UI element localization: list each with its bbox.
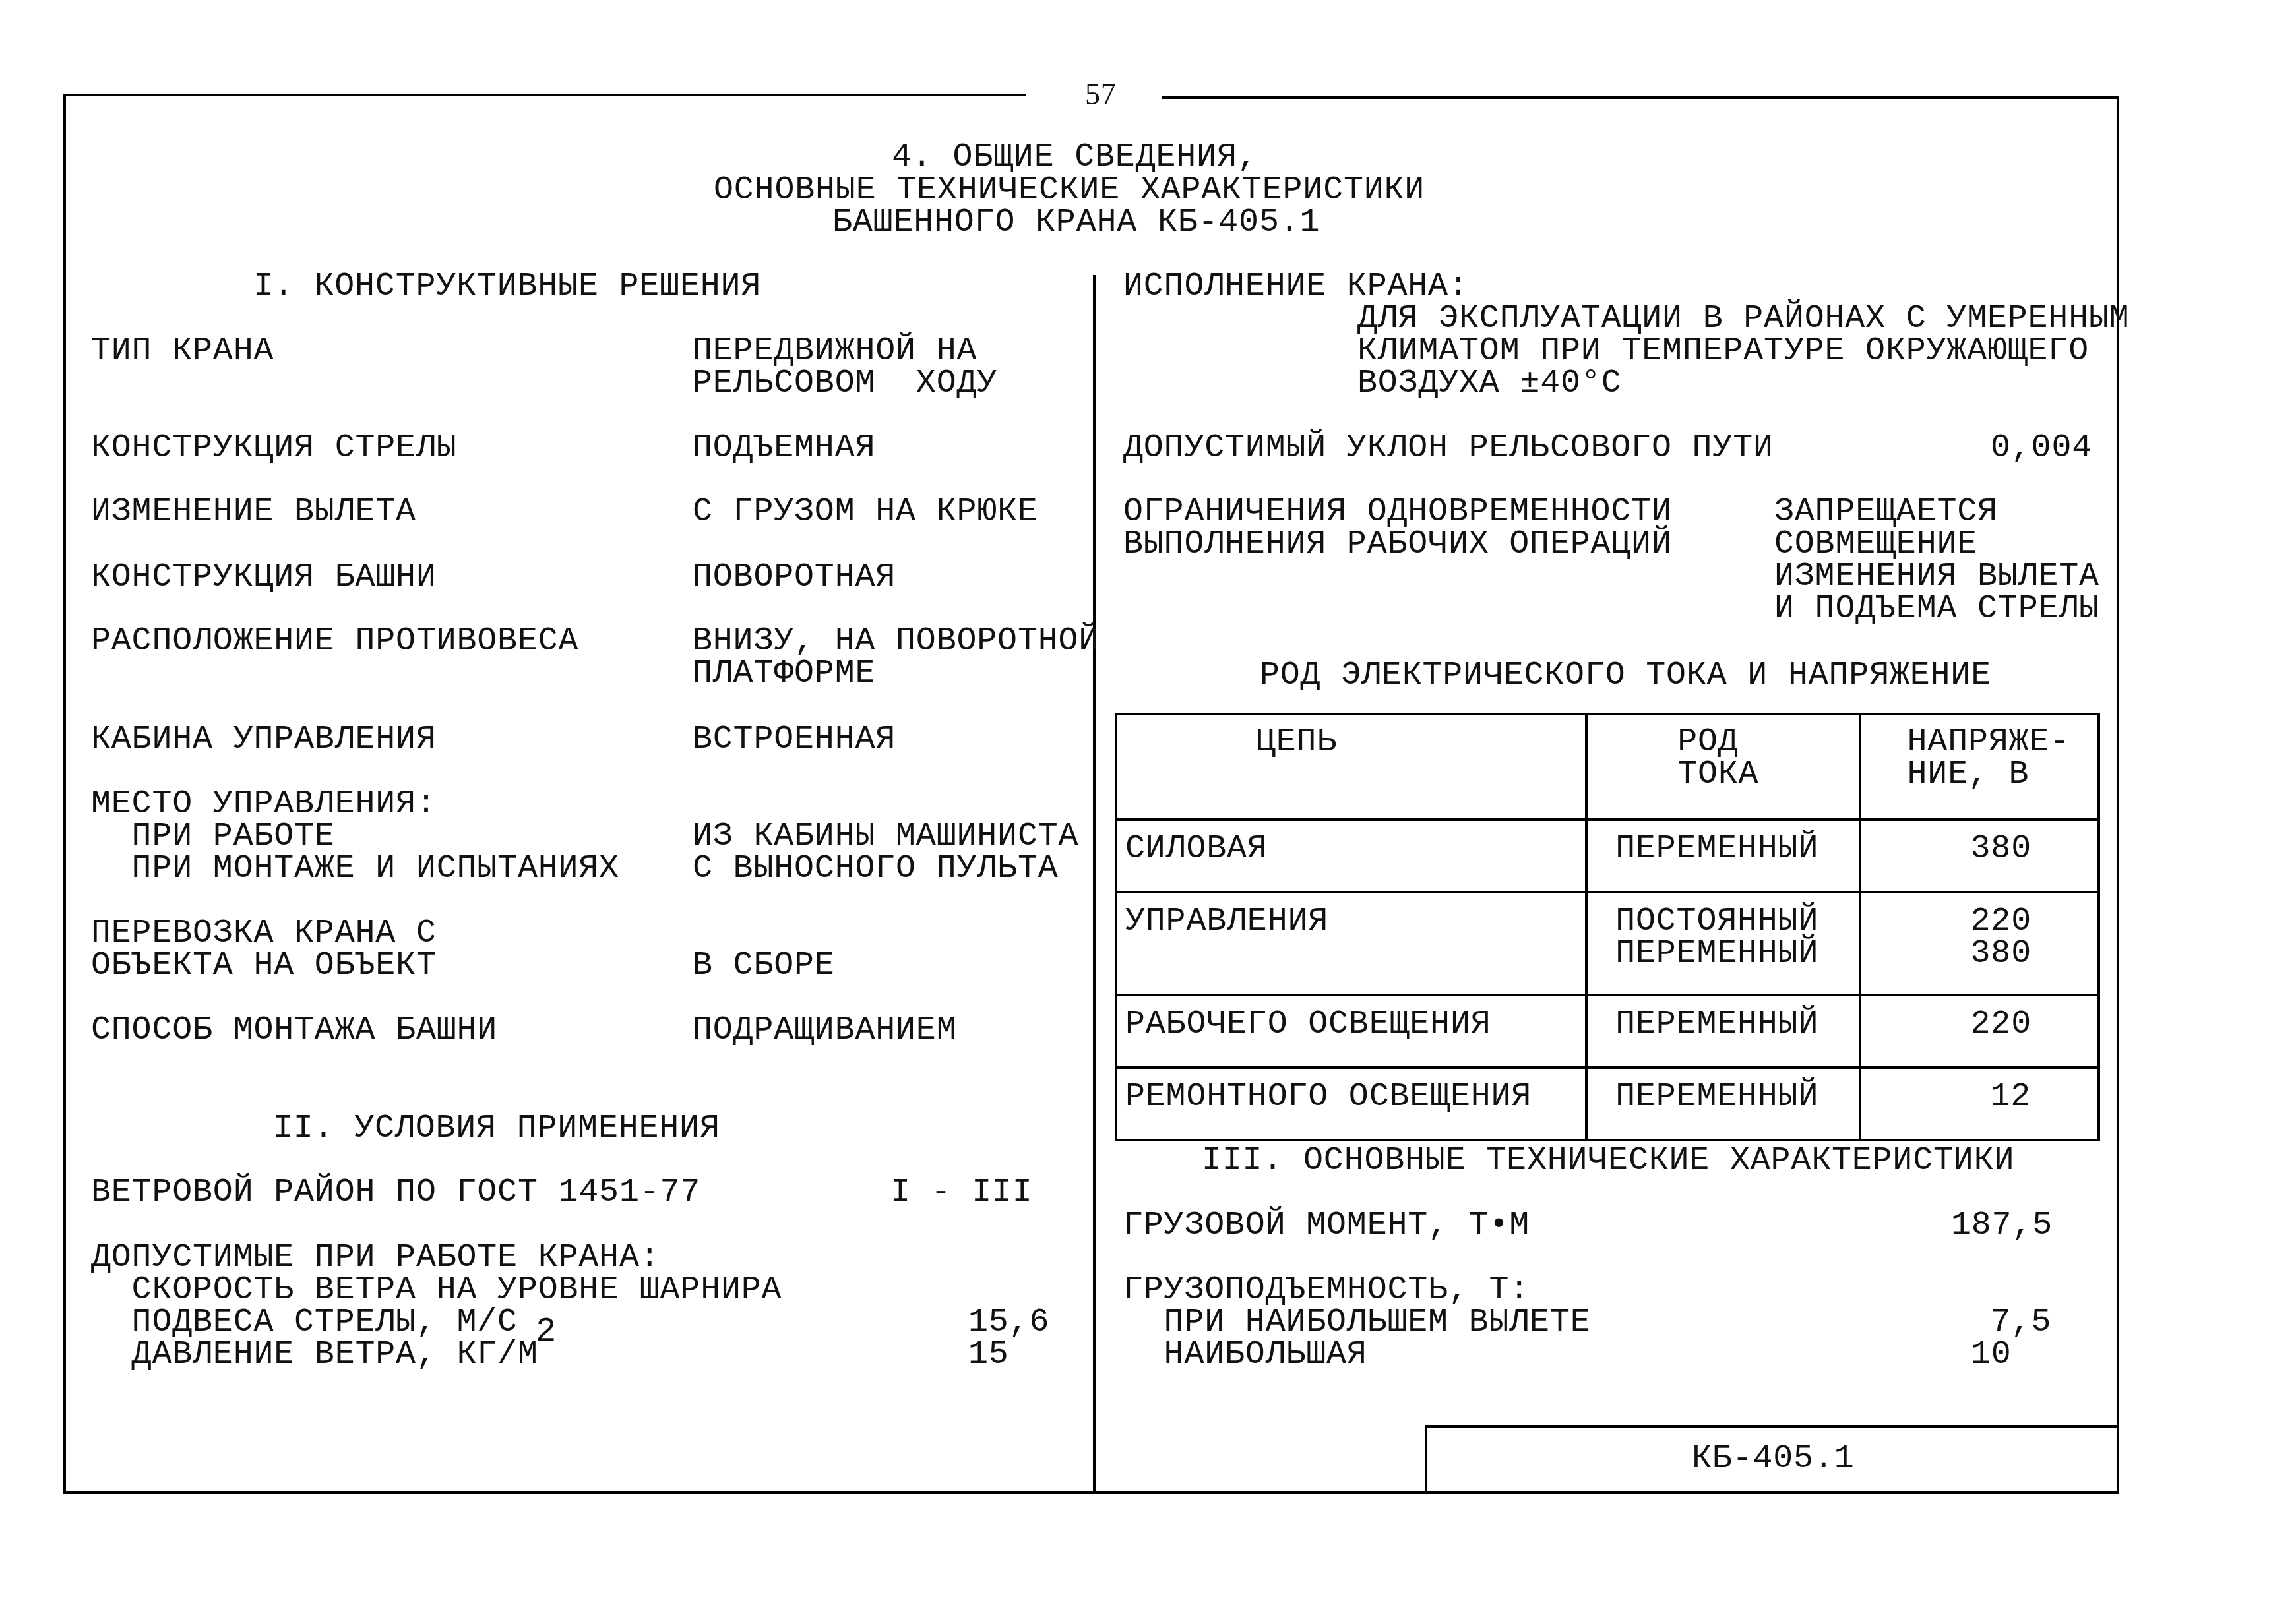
- s2-wind-pressure-label: ДАВЛЕНИЕ ВЕТРА, КГ/М: [91, 1339, 538, 1371]
- slope-label: ДОПУСТИМЫЙ УКЛОН РЕЛЬСОВОГО ПУТИ: [1123, 432, 1774, 464]
- cell-current-type: ПЕРЕМЕННЫЙ: [1586, 1068, 1859, 1140]
- s1-label-control-place: МЕСТО УПРАВЛЕНИЯ:: [91, 788, 437, 820]
- cell-current-type: ПЕРЕМЕННЫЙ: [1586, 995, 1859, 1068]
- s1-value-transport: В СБОРЕ: [693, 917, 835, 982]
- frame-top-left: [63, 94, 1026, 96]
- frame-left: [63, 94, 66, 1493]
- title-block-designation: КБ-405.1: [1692, 1443, 1854, 1475]
- s1-value-tower: ПОВОРОТНАЯ: [693, 561, 896, 593]
- table-row: РЕМОНТНОГО ОСВЕЩЕНИЯ ПЕРЕМЕННЫЙ 12: [1116, 1068, 2099, 1140]
- s1-label-tower: КОНСТРУКЦИЯ БАШНИ: [91, 561, 437, 593]
- execution-label: ИСПОЛНЕНИЕ КРАНА:: [1123, 270, 1469, 303]
- cell-current-type: ПЕРЕМЕННЫЙ: [1586, 820, 1859, 892]
- frame-bottom: [63, 1491, 2119, 1494]
- cell-voltage: 12: [1860, 1068, 2099, 1140]
- cell-circuit: РАБОЧЕГО ОСВЕЩЕНИЯ: [1116, 995, 1586, 1068]
- frame-top-right: [1162, 96, 2119, 99]
- s2-wind-region-label: ВЕТРОВОЙ РАЙОН ПО ГОСТ 1451-77: [91, 1176, 700, 1209]
- header-circuit: ЦЕПЬ: [1116, 714, 1586, 820]
- title-block-left: [1425, 1425, 1427, 1492]
- s3-moment-label: ГРУЗОВОЙ МОМЕНТ, Т•М: [1123, 1209, 1530, 1242]
- s3-capacity-heading: ГРУЗОПОДЪЕМНОСТЬ, Т:: [1123, 1274, 1530, 1306]
- s1-value-boom: ПОДЪЕМНАЯ: [693, 432, 875, 464]
- cell-voltage: 220 380: [1860, 892, 2099, 995]
- page-title-line2: ОСНОВНЫЕ ТЕХНИЧЕСКИЕ ХАРАКТЕРИСТИКИ: [714, 174, 1425, 206]
- s2-wind-pressure-superscript: 2: [536, 1315, 557, 1348]
- electric-table: ЦЕПЬ РОД ТОКА НАПРЯЖЕ- НИЕ, В СИЛОВАЯ ПЕ…: [1115, 713, 2100, 1141]
- limits-label: ОГРАНИЧЕНИЯ ОДНОВРЕМЕННОСТИ ВЫПОЛНЕНИЯ Р…: [1123, 496, 1672, 560]
- cell-circuit: УПРАВЛЕНИЯ: [1116, 892, 1586, 995]
- section3-heading: III. ОСНОВНЫЕ ТЕХНИЧЕСКИЕ ХАРАКТЕРИСТИКИ: [1202, 1145, 2014, 1177]
- table-row: РАБОЧЕГО ОСВЕЩЕНИЯ ПЕРЕМЕННЫЙ 220: [1116, 995, 2099, 1068]
- s1-value-cabin: ВСТРОЕННАЯ: [693, 723, 896, 756]
- s1-value-assembly: С ВЫНОСНОГО ПУЛЬТА: [693, 853, 1059, 885]
- s1-value-counterweight: ВНИЗУ, НА ПОВОРОТНОЙ ПЛАТФОРМЕ: [693, 625, 1099, 690]
- page-title-line1: 4. ОБЩИЕ СВЕДЕНИЯ,: [892, 141, 1258, 173]
- header-current-type: РОД ТОКА: [1586, 714, 1859, 820]
- s2-wind-region-value: I - III: [890, 1176, 1033, 1209]
- s3-capacity-max-label: НАИБОЛЬШАЯ: [1123, 1339, 1367, 1371]
- s1-label-counterweight: РАСПОЛОЖЕНИЕ ПРОТИВОВЕСА: [91, 625, 578, 657]
- cell-current-type: ПОСТОЯННЫЙ ПЕРЕМЕННЫЙ: [1586, 892, 1859, 995]
- s3-capacity-max-reach-label: ПРИ НАИБОЛЬШЕМ ВЫЛЕТЕ: [1123, 1306, 1591, 1339]
- s1-value-crane-type: ПЕРЕДВИЖНОЙ НА РЕЛЬСОВОМ ХОДУ: [693, 335, 997, 400]
- s1-label-operation: ПРИ РАБОТЕ: [91, 820, 335, 853]
- section1-heading: I. КОНСТРУКТИВНЫЕ РЕШЕНИЯ: [253, 270, 761, 303]
- s1-value-reach: С ГРУЗОМ НА КРЮКЕ: [693, 496, 1038, 528]
- electric-heading: РОД ЭЛЕКТРИЧЕСКОГО ТОКА И НАПРЯЖЕНИЕ: [1260, 659, 1991, 692]
- s1-value-operation: ИЗ КАБИНЫ МАШИНИСТА: [693, 820, 1078, 853]
- s1-label-mounting: СПОСОБ МОНТАЖА БАШНИ: [91, 1014, 497, 1046]
- s1-label-reach: ИЗМЕНЕНИЕ ВЫЛЕТА: [91, 496, 416, 528]
- s2-allowed-heading: ДОПУСТИМЫЕ ПРИ РАБОТЕ КРАНА:: [91, 1242, 660, 1274]
- execution-value: ДЛЯ ЭКСПЛУАТАЦИИ В РАЙОНАХ С УМЕРЕННЫМ К…: [1357, 303, 2130, 400]
- table-row: УПРАВЛЕНИЯ ПОСТОЯННЫЙ ПЕРЕМЕННЫЙ 220 380: [1116, 892, 2099, 995]
- slope-value: 0,004: [1991, 432, 2092, 464]
- s1-value-mounting: ПОДРАЩИВАНИЕМ: [693, 1014, 956, 1046]
- page-number: 57: [1085, 78, 1117, 110]
- s2-wind-pressure-value: 15: [968, 1339, 1009, 1371]
- cell-voltage: 380: [1860, 820, 2099, 892]
- page-title-line3: БАШЕННОГО КРАНА КБ-405.1: [832, 206, 1320, 239]
- s2-wind-speed-label-2: ПОДВЕСА СТРЕЛЫ, М/С: [91, 1306, 518, 1339]
- header-voltage: НАПРЯЖЕ- НИЕ, В: [1860, 714, 2099, 820]
- s3-capacity-max-reach-value: 7,5: [1991, 1306, 2051, 1339]
- title-block-top: [1425, 1425, 2119, 1428]
- limits-value: ЗАПРЕЩАЕТСЯ СОВМЕЩЕНИЕ ИЗМЕНЕНИЯ ВЫЛЕТА …: [1774, 496, 2099, 625]
- s3-moment-value: 187,5: [1951, 1209, 2053, 1242]
- s1-label-assembly: ПРИ МОНТАЖЕ И ИСПЫТАНИЯХ: [91, 853, 619, 885]
- table-row: СИЛОВАЯ ПЕРЕМЕННЫЙ 380: [1116, 820, 2099, 892]
- column-divider: [1093, 275, 1096, 1492]
- s1-label-crane-type: ТИП КРАНА: [91, 335, 274, 367]
- s2-wind-speed-label-1: СКОРОСТЬ ВЕТРА НА УРОВНЕ ШАРНИРА: [91, 1274, 782, 1306]
- cell-circuit: СИЛОВАЯ: [1116, 820, 1586, 892]
- s2-wind-speed-value: 15,6: [968, 1306, 1049, 1339]
- s1-label-boom: КОНСТРУКЦИЯ СТРЕЛЫ: [91, 432, 457, 464]
- section2-heading: II. УСЛОВИЯ ПРИМЕНЕНИЯ: [273, 1112, 720, 1145]
- table-header-row: ЦЕПЬ РОД ТОКА НАПРЯЖЕ- НИЕ, В: [1116, 714, 2099, 820]
- s3-capacity-max-value: 10: [1971, 1339, 2012, 1371]
- s1-label-transport: ПЕРЕВОЗКА КРАНА С ОБЪЕКТА НА ОБЪЕКТ: [91, 917, 437, 982]
- s1-label-cabin: КАБИНА УПРАВЛЕНИЯ: [91, 723, 437, 756]
- cell-voltage: 220: [1860, 995, 2099, 1068]
- cell-circuit: РЕМОНТНОГО ОСВЕЩЕНИЯ: [1116, 1068, 1586, 1140]
